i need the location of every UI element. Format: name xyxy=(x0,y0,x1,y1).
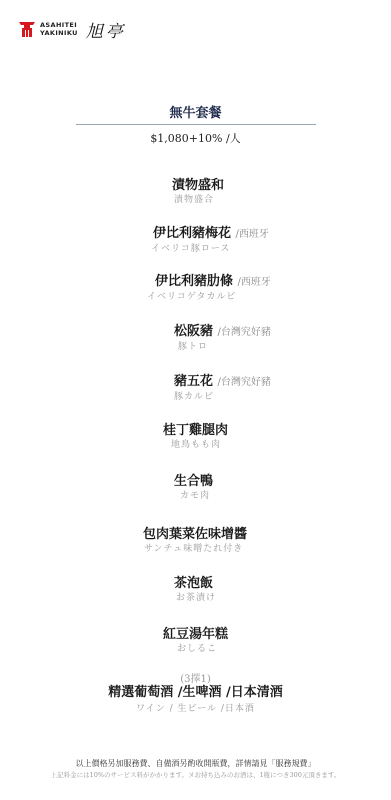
item-jp-name: 地鳥もも肉 xyxy=(171,439,228,451)
item-name: 生合鴨 xyxy=(174,474,213,490)
item-origin: /台灣究好豬 xyxy=(218,327,271,338)
item-origin: /西班牙 xyxy=(238,277,271,288)
menu-price: $1,080+10% /人 xyxy=(0,130,391,146)
menu-item: 伊比利豬梅花 /西班牙 イベリコ豚ロース xyxy=(153,226,269,255)
item-jp-name: 豚トロ xyxy=(178,341,271,353)
item-jp-name: イベリコ豚ロース xyxy=(151,243,269,255)
item-name: 伊比利豬梅花 xyxy=(153,226,231,241)
menu-item: 豬五花 /台灣究好豬 豚カルビ xyxy=(174,374,271,403)
item-name: 包肉葉菜佐味增醬 xyxy=(143,527,247,543)
brand-script: 旭亭 xyxy=(86,17,126,42)
brand-line1: ASAHITEI xyxy=(40,21,78,29)
item-origin: /台灣究好豬 xyxy=(218,377,271,388)
item-jp-name: イベリコゲタカルビ xyxy=(147,291,271,303)
menu-item: 松阪豬 /台灣究好豬 豚トロ xyxy=(174,324,271,353)
item-name: 桂丁雞腿肉 xyxy=(163,423,228,439)
item-jp-name: サンチュ味噌たれ付き xyxy=(144,543,247,555)
item-jp-name: お茶漬け xyxy=(176,592,216,604)
footer-note: 以上價格另加服務費、自備酒另酌收開瓶費，詳情請見「服務規費」 上記料金には10%… xyxy=(0,758,391,781)
item-name: 松阪豬 xyxy=(174,324,213,339)
item-jp-name: カモ肉 xyxy=(180,490,213,502)
brand-logo: ASAHITEI YAKINIKU 旭亭 xyxy=(19,17,126,41)
menu-item: 茶泡飯 お茶漬け xyxy=(174,576,216,604)
brand-line2: YAKINIKU xyxy=(40,29,78,37)
item-name: 茶泡飯 xyxy=(174,576,216,592)
footer-jp: 上記料金には10%のサービス料がかかります。ヌお持ち込みのお酒は、1瓶につき30… xyxy=(0,770,391,781)
drink-choice: (3擇1) 精選葡萄酒 /生啤酒 /日本清酒 ワイン / 生ビール /日本酒 xyxy=(0,670,391,714)
torii-logo-icon xyxy=(19,20,35,38)
item-origin: /西班牙 xyxy=(236,229,269,240)
title-divider xyxy=(76,124,316,125)
footer-zh: 以上價格另加服務費、自備酒另酌收開瓶費，詳情請見「服務規費」 xyxy=(0,758,391,770)
item-jp-name: 豚カルビ xyxy=(174,391,271,403)
menu-item: 伊比利豬肋條 /西班牙 イベリコゲタカルビ xyxy=(155,274,271,303)
menu-item: 生合鴨 カモ肉 xyxy=(174,474,213,502)
item-jp-name: おしるこ xyxy=(177,643,228,655)
item-name: 漬物盛和 xyxy=(172,178,224,194)
menu-item: 漬物盛和 漬物盛合 xyxy=(172,178,224,206)
menu-item: 包肉葉菜佐味增醬 サンチュ味噌たれ付き xyxy=(143,527,247,555)
item-jp-name: 漬物盛合 xyxy=(174,194,224,206)
item-name: 伊比利豬肋條 xyxy=(155,274,233,289)
drink-options-jp: ワイン / 生ビール /日本酒 xyxy=(0,701,391,714)
menu-item: 桂丁雞腿肉 地鳥もも肉 xyxy=(163,423,228,451)
item-name: 豬五花 xyxy=(174,374,213,389)
item-name: 紅豆湯年糕 xyxy=(163,627,228,643)
drink-options: 精選葡萄酒 /生啤酒 /日本清酒 xyxy=(0,685,391,701)
menu-item: 紅豆湯年糕 おしるこ xyxy=(163,627,228,655)
menu-title: 無牛套餐 xyxy=(0,102,391,121)
choice-note: (3擇1) xyxy=(0,670,391,685)
brand-name: ASAHITEI YAKINIKU xyxy=(40,21,78,37)
